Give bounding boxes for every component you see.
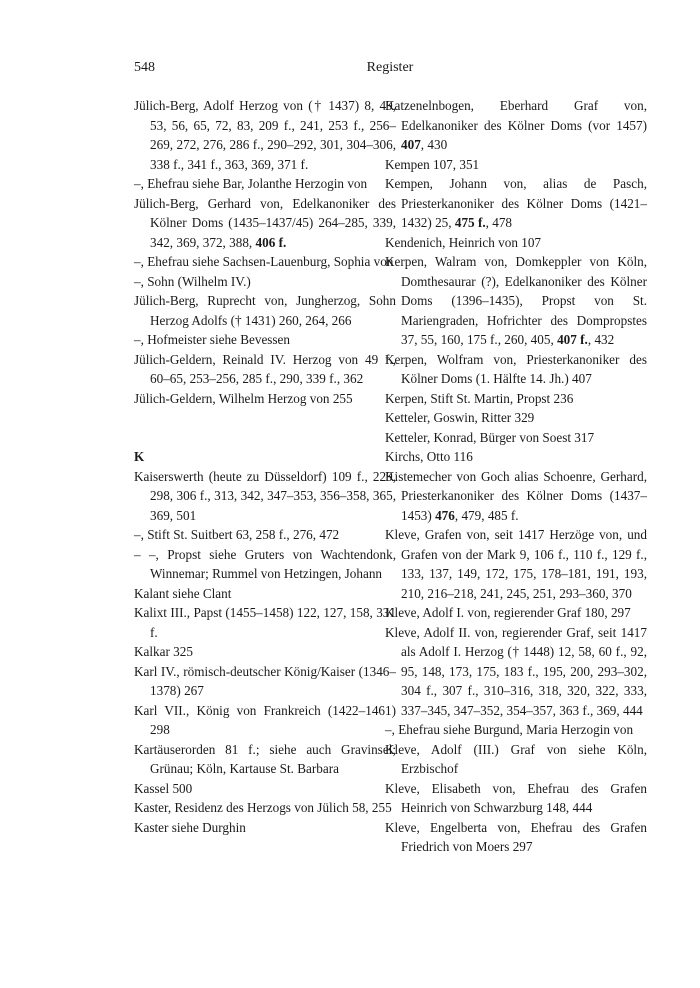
index-entry: Kleve, Adolf (III.) Graf von siehe Köln,… — [385, 740, 647, 779]
index-entry: Ketteler, Goswin, Ritter 329 — [385, 408, 647, 428]
index-entry: –, Hofmeister siehe Bevessen — [134, 330, 396, 350]
entry-bold-page: 406 f. — [256, 235, 287, 250]
index-entry: Kalkar 325 — [134, 642, 396, 662]
index-entry: Kartäuserorden 81 f.; siehe auch Gravins… — [134, 740, 396, 779]
index-entry: Jülich-Berg, Gerhard von, Edelkanoniker … — [134, 194, 396, 253]
index-entry: Kalixt III., Papst (1455–1458) 122, 127,… — [134, 603, 396, 642]
index-entry: –, Ehefrau siehe Sachsen-Lauenburg, Soph… — [134, 252, 396, 272]
index-entry: Jülich-Berg, Ruprecht von, Jungherzog, S… — [134, 291, 396, 330]
index-entry: –, Stift St. Suitbert 63, 258 f., 276, 4… — [134, 525, 396, 545]
entry-text: , 432 — [588, 332, 614, 347]
index-entry: Karl IV., römisch-deutscher König/Kaiser… — [134, 662, 396, 701]
index-entry: Katzenelnbogen, Eberhard Graf von, Edelk… — [385, 96, 647, 155]
index-entry: Kendenich, Heinrich von 107 — [385, 233, 647, 253]
index-entry: Kassel 500 — [134, 779, 396, 799]
entry-text: Katzenelnbogen, Eberhard Graf von, Edelk… — [385, 98, 647, 133]
index-entry: Kaster siehe Durghin — [134, 818, 396, 838]
index-entry: Kleve, Engelberta von, Ehefrau des Grafe… — [385, 818, 647, 857]
entry-text: , 479, 485 f. — [455, 508, 519, 523]
index-entry: Ketteler, Konrad, Bürger von Soest 317 — [385, 428, 647, 448]
index-entry: Kistemecher von Goch alias Schoenre, Ger… — [385, 467, 647, 526]
index-entry: Kerpen, Wolfram von, Priesterkanoniker d… — [385, 350, 647, 389]
index-entry: Jülich-Berg, Adolf Herzog von († 1437) 8… — [134, 96, 396, 174]
index-entry: Kempen 107, 351 — [385, 155, 647, 175]
entry-bold-page: 475 f. — [455, 215, 486, 230]
page-header: 548 Register — [134, 60, 646, 82]
right-column: Katzenelnbogen, Eberhard Graf von, Edelk… — [385, 96, 647, 857]
entry-bold-page: 476 — [435, 508, 455, 523]
entry-text: , 478 — [486, 215, 512, 230]
index-entry: Kalant siehe Clant — [134, 584, 396, 604]
entry-bold-page: 407 — [401, 137, 421, 152]
index-entry: Karl VII., König von Frankreich (1422–14… — [134, 701, 396, 740]
index-entry: Kaster, Residenz des Herzogs von Jülich … — [134, 798, 396, 818]
index-entry: Kerpen, Walram von, Domkeppler von Köln,… — [385, 252, 647, 350]
index-entry: Kempen, Johann von, alias de Pasch, Prie… — [385, 174, 647, 233]
running-title: Register — [134, 60, 646, 76]
left-column: Jülich-Berg, Adolf Herzog von († 1437) 8… — [134, 96, 396, 837]
index-entry: Jülich-Geldern, Wilhelm Herzog von 255 — [134, 389, 396, 409]
entry-text: , 430 — [421, 137, 447, 152]
index-entry: Kleve, Grafen von, seit 1417 Herzöge von… — [385, 525, 647, 603]
index-entry: Jülich-Geldern, Reinald IV. Herzog von 4… — [134, 350, 396, 389]
entry-text: Kempen, Johann von, alias de Pasch, Prie… — [385, 176, 647, 230]
index-entry: –, Sohn (Wilhelm IV.) — [134, 272, 396, 292]
index-entry: Kirchs, Otto 116 — [385, 447, 647, 467]
index-entry: Kaiserswerth (heute zu Düsseldorf) 109 f… — [134, 467, 396, 526]
entry-bold-page: 407 f. — [557, 332, 588, 347]
index-entry: –, Ehefrau siehe Burgund, Maria Herzogin… — [385, 720, 647, 740]
index-entry: Kerpen, Stift St. Martin, Propst 236 — [385, 389, 647, 409]
index-entry: Kleve, Elisabeth von, Ehefrau des Grafen… — [385, 779, 647, 818]
index-entry: – –, Propst siehe Gruters von Wachtendon… — [134, 545, 396, 584]
index-entry: Kleve, Adolf II. von, regierender Graf, … — [385, 623, 647, 721]
index-entry: –, Ehefrau siehe Bar, Jolanthe Herzogin … — [134, 174, 396, 194]
section-letter-heading: K — [134, 447, 396, 467]
index-entry: Kleve, Adolf I. von, regierender Graf 18… — [385, 603, 647, 623]
